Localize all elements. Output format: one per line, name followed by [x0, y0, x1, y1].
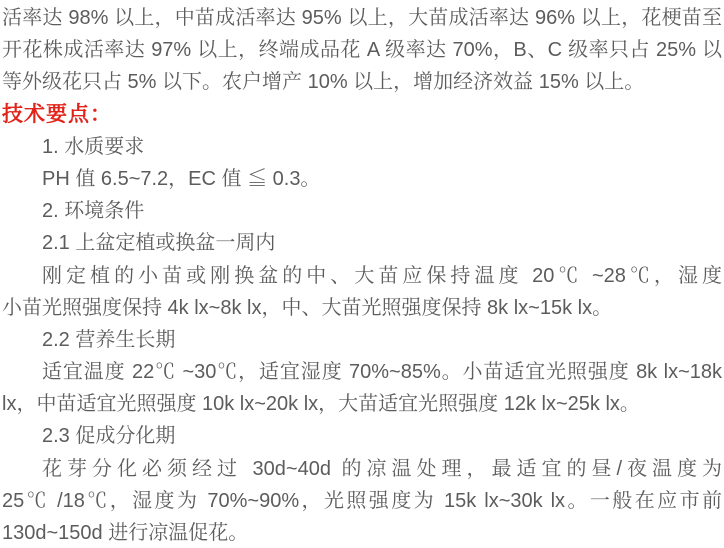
- text-line: 开花株成活率达 97% 以上，终端成品花 A 级率达 70%，B、C 级率只占 …: [2, 34, 722, 66]
- text-line: 刚定植的小苗或刚换盆的中、大苗应保持温度 20℃ ~28℃，湿度 80%~90%…: [2, 260, 722, 292]
- text-line: 130d~150d 进行凉温促花。: [2, 517, 722, 548]
- document-page: 活率达 98% 以上，中苗成活率达 95% 以上，大苗成活率达 96% 以上，花…: [0, 0, 724, 548]
- section-heading: 技术要点：: [2, 99, 722, 131]
- list-item: 1. 水质要求: [2, 131, 722, 163]
- text-line: lx，中苗适宜光照强度 10k lx~20k lx，大苗适宜光照强度 12k l…: [2, 388, 722, 420]
- text-line: 25℃ /18℃，湿度为 70%~90%，光照强度为 15k lx~30k lx…: [2, 485, 722, 517]
- text-line: 等外级花只占 5% 以下。农户增产 10% 以上，增加经济效益 15% 以上。: [2, 66, 722, 98]
- list-item: 2.1 上盆定植或换盆一周内: [2, 227, 722, 259]
- list-item: 2.2 营养生长期: [2, 324, 722, 356]
- list-item: 2. 环境条件: [2, 195, 722, 227]
- text-line: 适宜温度 22℃ ~30℃，适宜湿度 70%~85%。小苗适宜光照强度 8k l…: [2, 356, 722, 388]
- text-line: 小苗光照强度保持 4k lx~8k lx，中、大苗光照强度保持 8k lx~15…: [2, 292, 722, 324]
- text-line: 活率达 98% 以上，中苗成活率达 95% 以上，大苗成活率达 96% 以上，花…: [2, 2, 722, 34]
- list-item: 2.3 促成分化期: [2, 420, 722, 452]
- text-line: 花芽分化必须经过 30d~40d 的凉温处理，最适宜的昼/夜温度为: [2, 453, 722, 485]
- text-line: PH 值 6.5~7.2，EC 值 ≦ 0.3。: [2, 163, 722, 195]
